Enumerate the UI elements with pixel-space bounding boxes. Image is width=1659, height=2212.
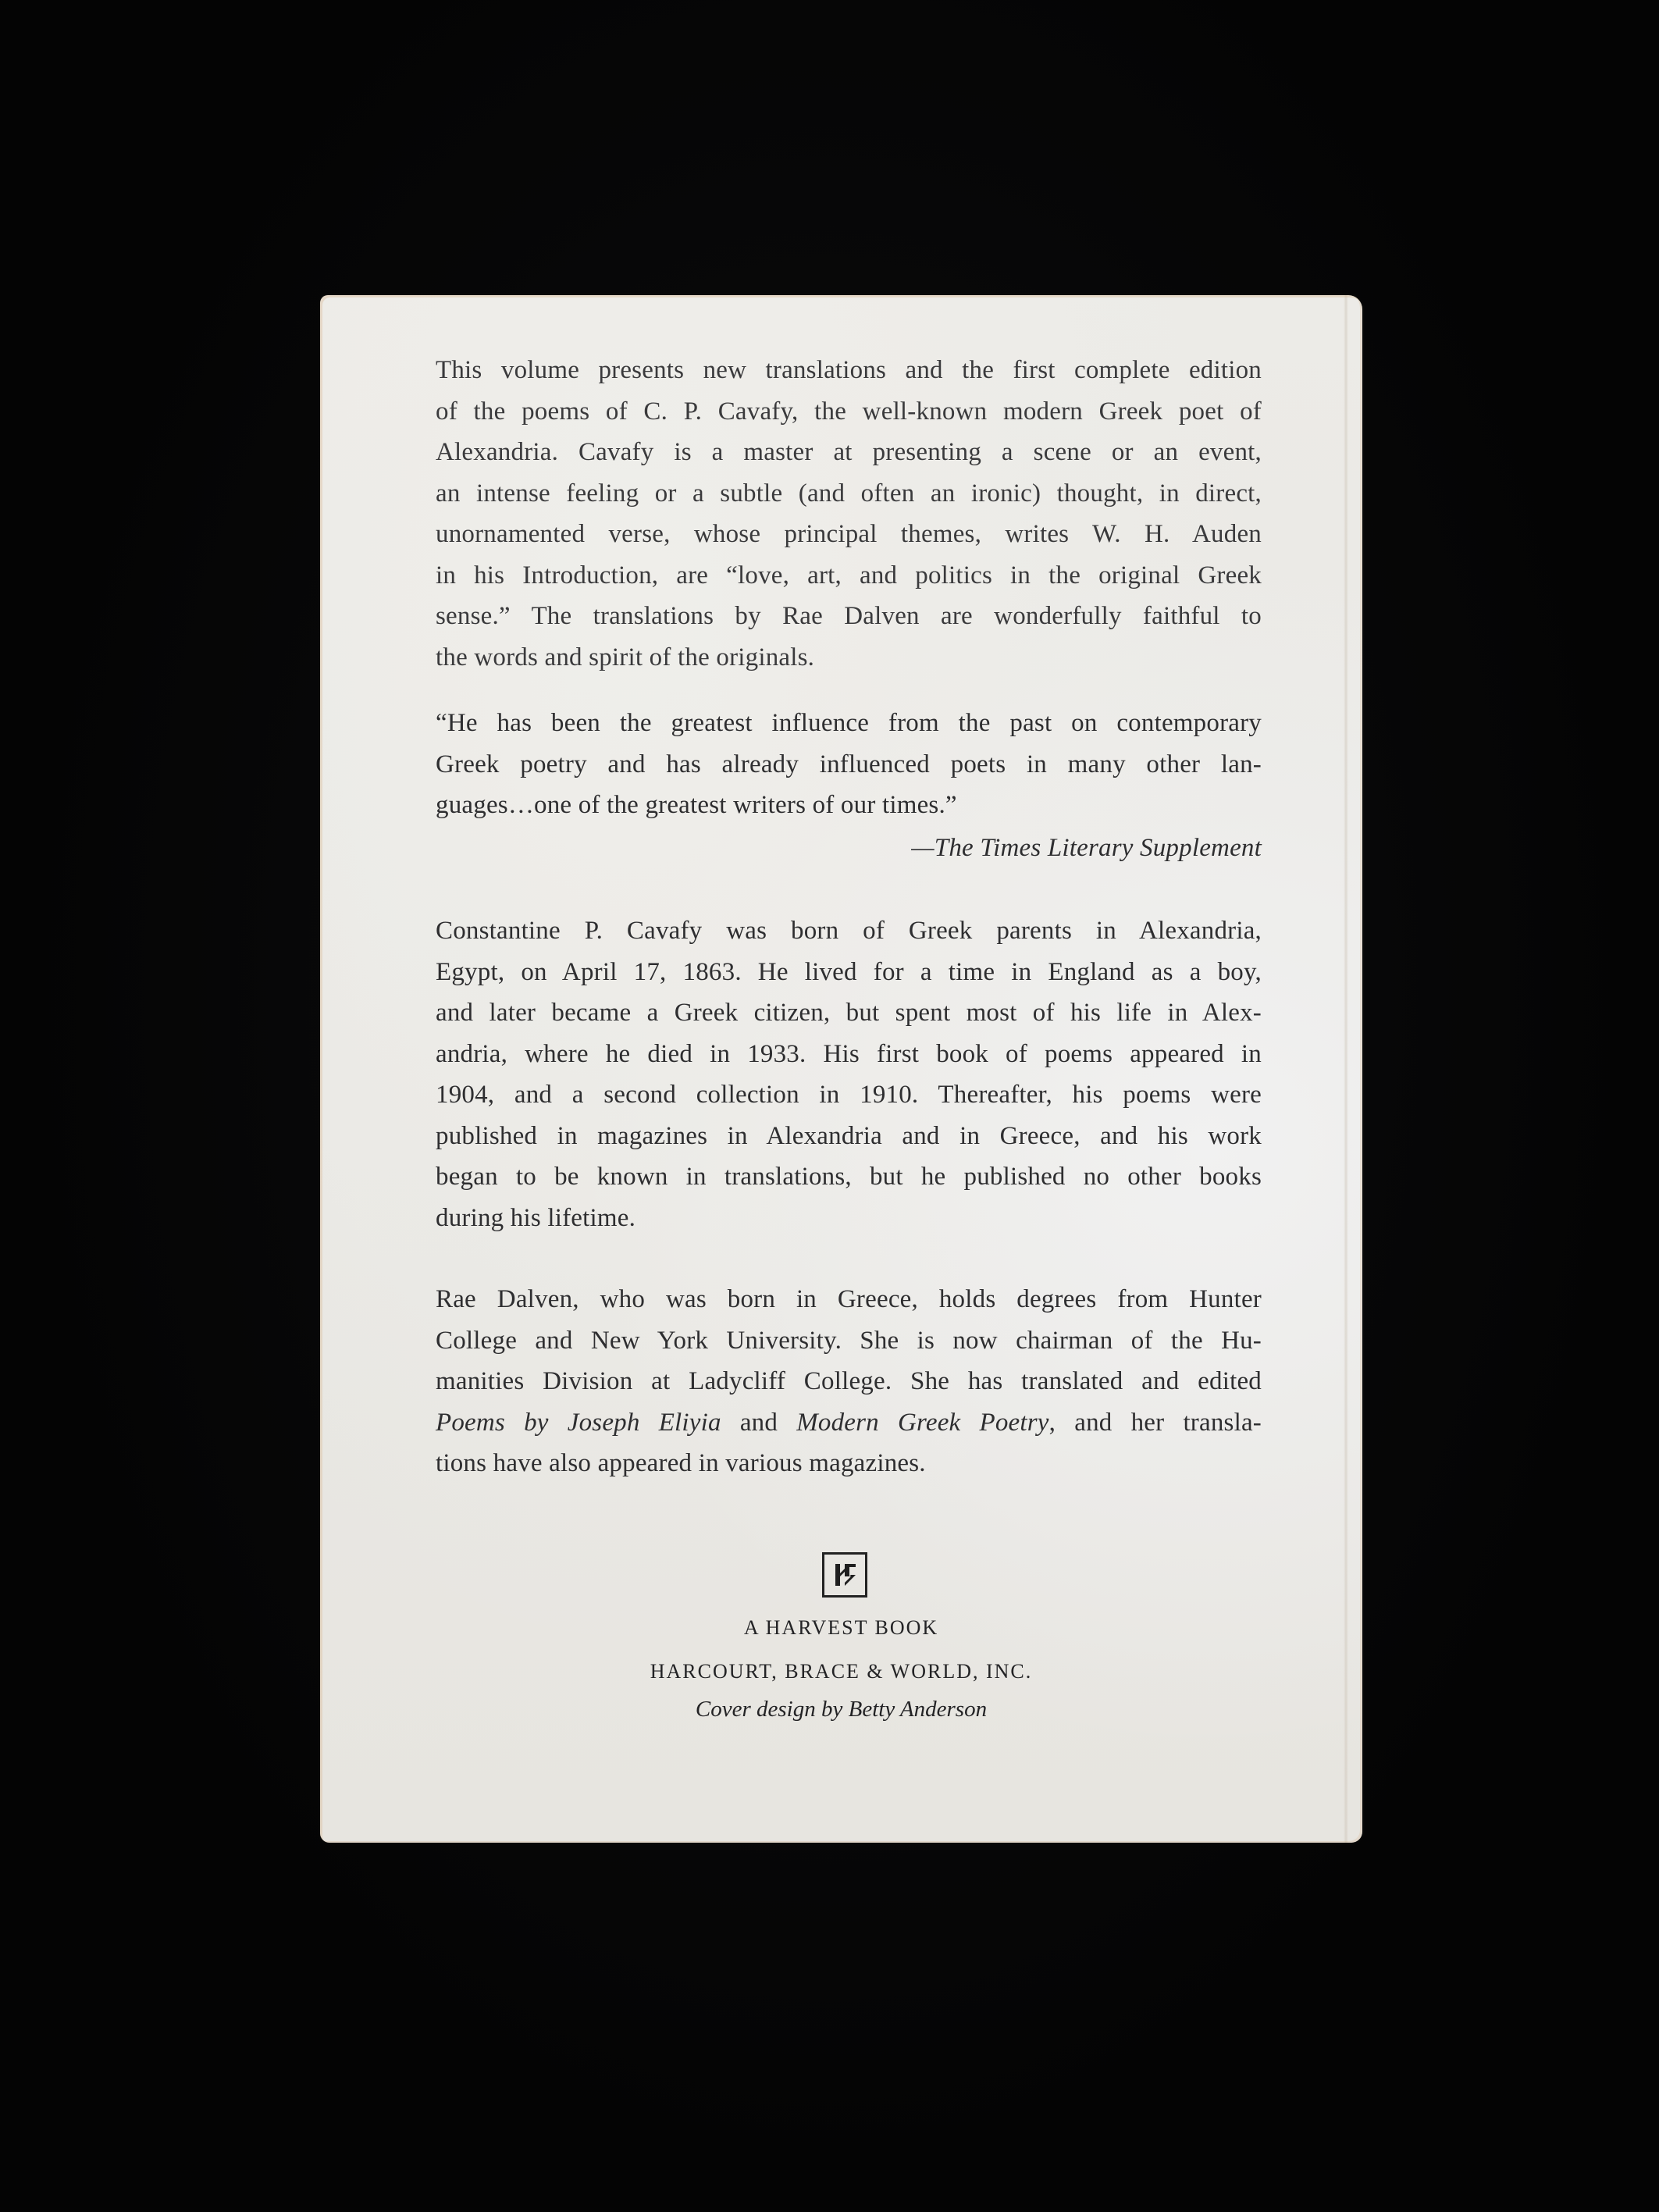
text-line: Poems by Joseph Eliyia and Modern Greek … (436, 1402, 1262, 1444)
text-fragment: , and her transla- (1049, 1409, 1262, 1437)
author-bio-paragraph: Constantine P. Cavafy was born of Greek … (436, 910, 1262, 1238)
text-line: of the poems of C. P. Cavafy, the well-k… (436, 391, 1262, 433)
text-line: guages…one of the greatest writers of ou… (436, 785, 1262, 826)
publisher-name: HARCOURT, BRACE & WORLD, INC. (320, 1660, 1362, 1683)
text-line: This volume presents new translations an… (436, 350, 1262, 391)
text-line: College and New York University. She is … (436, 1320, 1262, 1362)
text-line: manities Division at Ladycliff College. … (436, 1361, 1262, 1402)
text-line: an intense feeling or a subtle (and ofte… (436, 473, 1262, 515)
text-line: 1904, and a second collection in 1910. T… (436, 1074, 1262, 1116)
text-line: unornamented verse, whose principal them… (436, 514, 1262, 555)
book-title-poems-by-joseph-eliyia: Poems by Joseph Eliyia (436, 1409, 721, 1437)
text-line: Rae Dalven, who was born in Greece, hold… (436, 1279, 1262, 1320)
text-line: Greek poetry and has already influenced … (436, 744, 1262, 785)
book-title-modern-greek-poetry: Modern Greek Poetry (796, 1409, 1048, 1437)
book-back-cover: This volume presents new translations an… (320, 295, 1362, 1843)
description-paragraph: This volume presents new translations an… (436, 350, 1262, 678)
text-line: during his lifetime. (436, 1198, 1262, 1239)
text-line: Alexandria. Cavafy is a master at presen… (436, 432, 1262, 473)
text-line: andria, where he died in 1933. His first… (436, 1034, 1262, 1075)
series-name: A HARVEST BOOK (320, 1616, 1362, 1640)
text-line: in his Introduction, are “love, art, and… (436, 555, 1262, 597)
review-quote: “He has been the greatest influence from… (436, 703, 1262, 868)
quote-attribution: —The Times Literary Supplement (436, 828, 1262, 869)
text-line: Egypt, on April 17, 1863. He lived for a… (436, 952, 1262, 993)
text-line: tions have also appeared in various maga… (436, 1443, 1262, 1484)
text-line: the words and spirit of the originals. (436, 637, 1262, 679)
cover-design-credit: Cover design by Betty Anderson (320, 1697, 1362, 1722)
text-line: “He has been the greatest influence from… (436, 703, 1262, 744)
harvest-hb-monogram-icon (822, 1552, 867, 1598)
text-line: began to be known in translations, but h… (436, 1156, 1262, 1198)
text-line: sense.” The translations by Rae Dalven a… (436, 596, 1262, 637)
text-line: Constantine P. Cavafy was born of Greek … (436, 910, 1262, 952)
text-fragment: and (721, 1409, 796, 1437)
text-line: and later became a Greek citizen, but sp… (436, 992, 1262, 1034)
text-line: published in magazines in Alexandria and… (436, 1116, 1262, 1157)
translator-bio-paragraph: Rae Dalven, who was born in Greece, hold… (436, 1279, 1262, 1484)
